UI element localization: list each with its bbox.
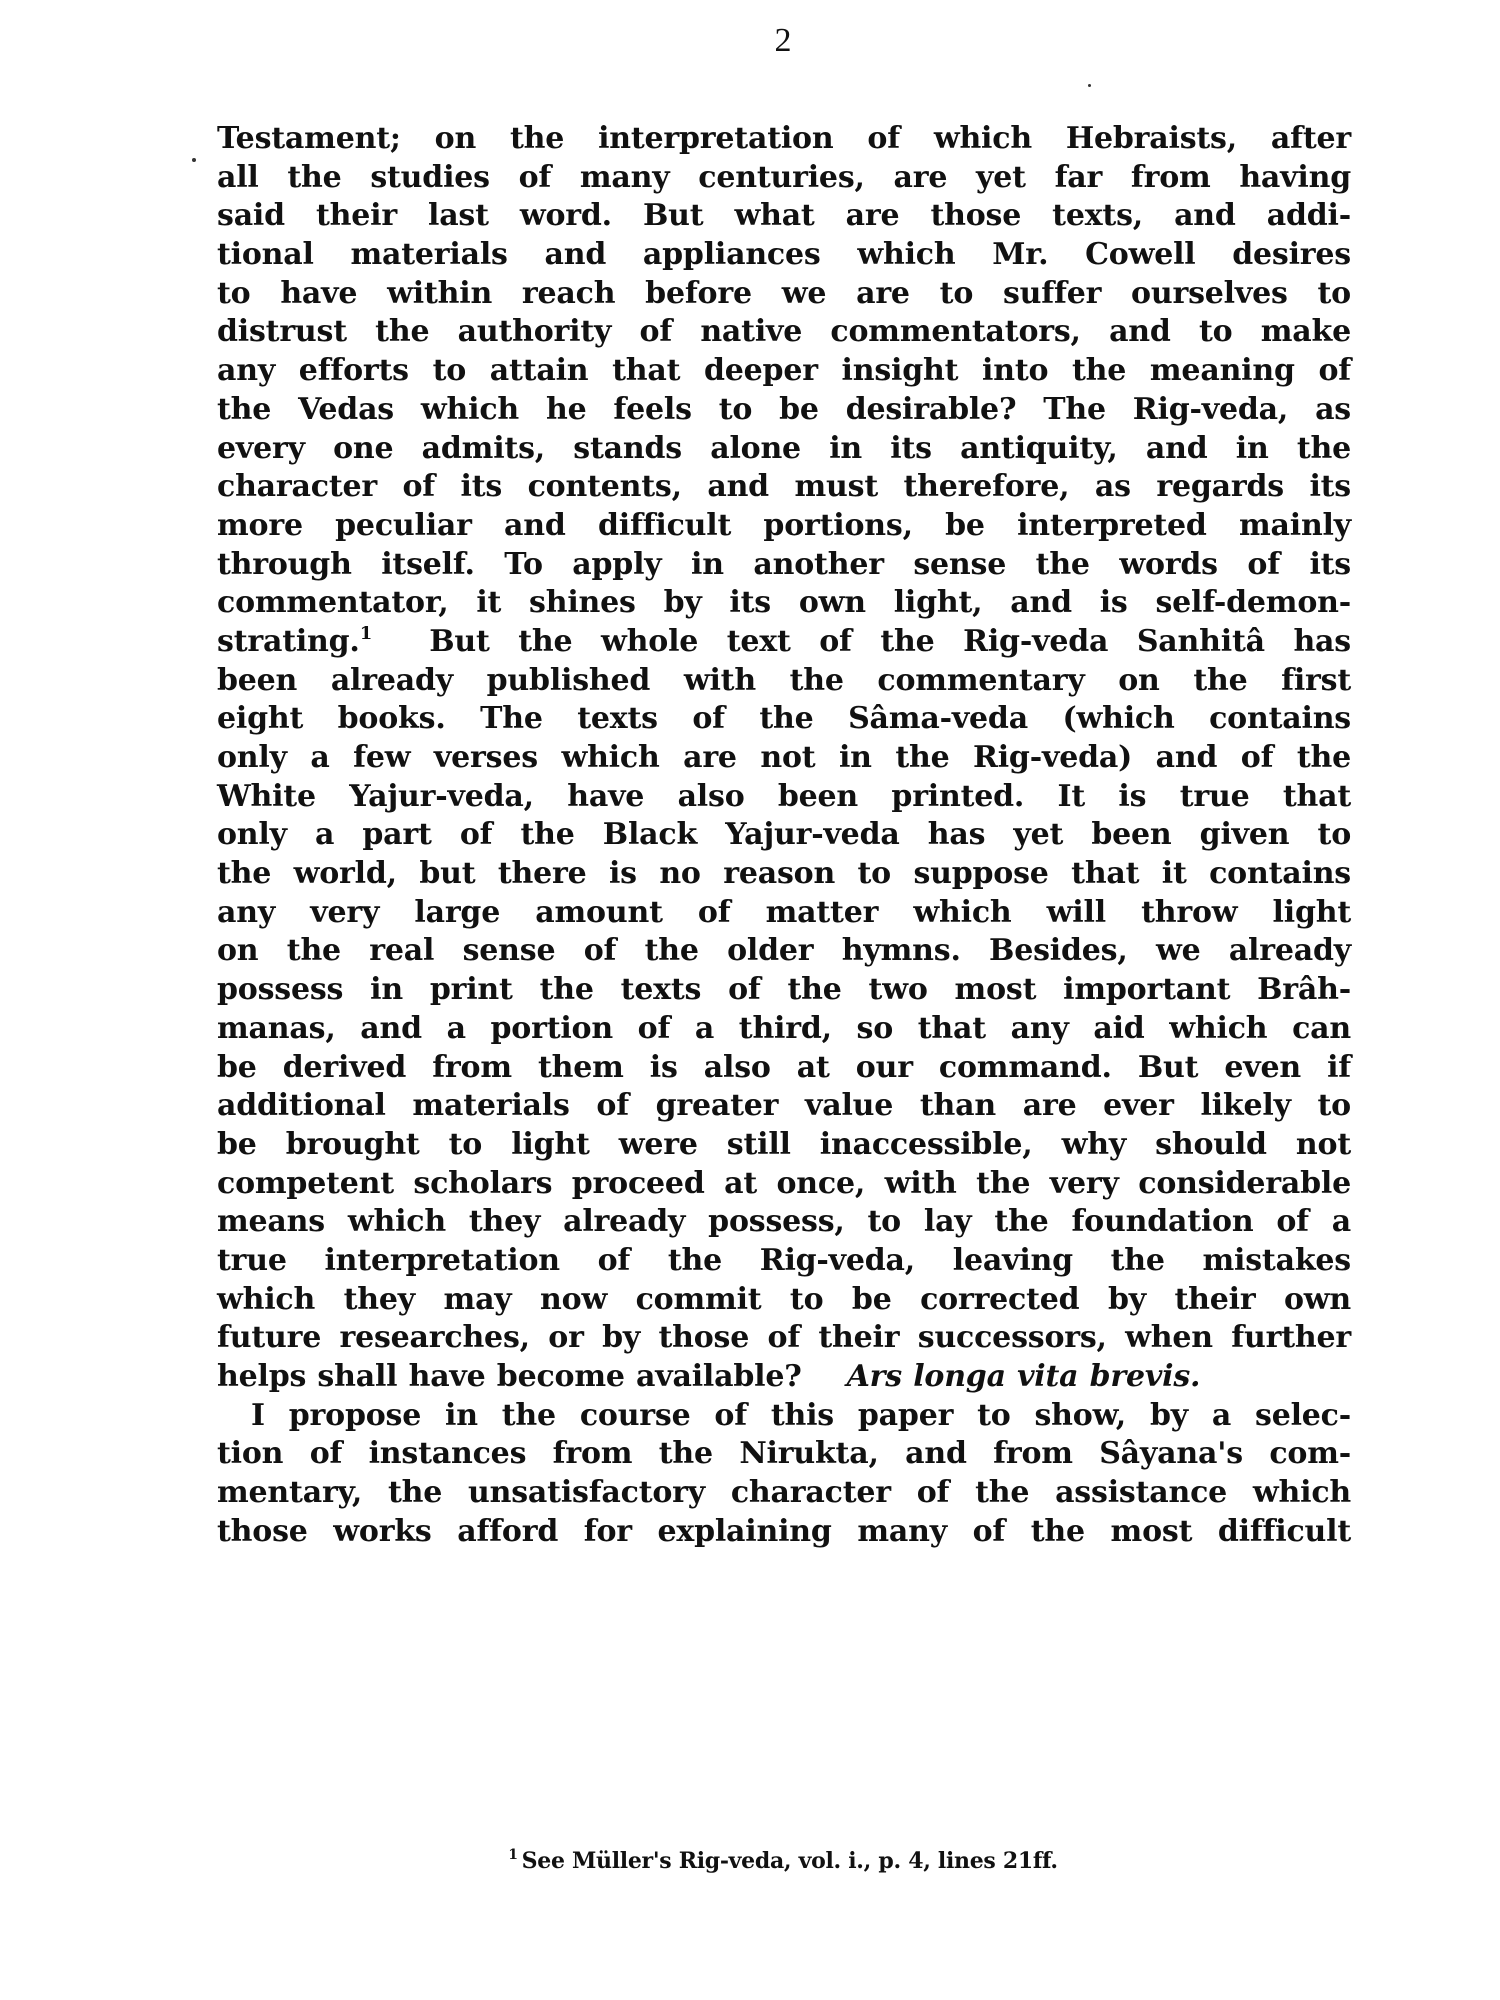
text-line: commentator, it shines by its own light,…: [217, 584, 1351, 623]
text-line: eight books. The texts of the Sâma-veda …: [217, 700, 1351, 739]
margin-dot-mark: [192, 158, 196, 162]
text-line: distrust the authority of native comment…: [217, 313, 1351, 352]
text-line: manas, and a portion of a third, so that…: [217, 1010, 1351, 1049]
text-line-paragraph-end: helps shall have become available? Ars l…: [217, 1358, 1351, 1397]
text-line: be brought to light were still inaccessi…: [217, 1126, 1351, 1165]
text-line: competent scholars proceed at once, with…: [217, 1165, 1351, 1204]
latin-quotation: Ars longa vita brevis.: [847, 1359, 1201, 1394]
text-line: every one admits, stands alone in its an…: [217, 430, 1351, 469]
text-line: Testament; on the interpretation of whic…: [217, 120, 1351, 159]
text-fragment: strating.: [217, 624, 360, 659]
text-line: any efforts to attain that deeper insigh…: [217, 352, 1351, 391]
text-line: mentary, the unsatisfactory character of…: [217, 1474, 1351, 1513]
text-line-with-footnote: strating.1 But the whole text of the Rig…: [217, 623, 1351, 662]
text-line: those works afford for explaining many o…: [217, 1513, 1351, 1552]
text-fragment: But the whole text of the Rig-veda Sanhi…: [372, 624, 1351, 659]
text-fragment: helps shall have become available?: [217, 1359, 802, 1394]
body-text: Testament; on the interpretation of whic…: [217, 120, 1351, 1551]
text-line: additional materials of greater value th…: [217, 1087, 1351, 1126]
text-line: means which they already possess, to lay…: [217, 1203, 1351, 1242]
page-number: 2: [0, 22, 1500, 60]
footnote-reference[interactable]: 1: [360, 623, 372, 644]
text-line: White Yajur-veda, have also been printed…: [217, 778, 1351, 817]
text-line: the world, but there is no reason to sup…: [217, 855, 1351, 894]
footnote-marker: 1: [508, 1847, 517, 1863]
text-line: to have within reach before we are to su…: [217, 275, 1351, 314]
text-line: all the studies of many centuries, are y…: [217, 159, 1351, 198]
text-line: future researches, or by those of their …: [217, 1319, 1351, 1358]
text-line: more peculiar and difficult portions, be…: [217, 507, 1351, 546]
footnote: 1See Müller's Rig-veda, vol. i., p. 4, l…: [0, 1848, 1500, 1874]
text-line: be derived from them is also at our comm…: [217, 1049, 1351, 1088]
text-line: tional materials and appliances which Mr…: [217, 236, 1351, 275]
text-line: true interpretation of the Rig-veda, lea…: [217, 1242, 1351, 1281]
text-line: said their last word. But what are those…: [217, 197, 1351, 236]
paragraph-start-line: I propose in the course of this paper to…: [217, 1397, 1351, 1436]
footnote-text: See Müller's Rig-veda, vol. i., p. 4, li…: [522, 1848, 1058, 1874]
text-line: on the real sense of the older hymns. Be…: [217, 932, 1351, 971]
text-line: possess in print the texts of the two mo…: [217, 971, 1351, 1010]
text-line: character of its contents, and must ther…: [217, 468, 1351, 507]
text-line: the Vedas which he feels to be desirable…: [217, 391, 1351, 430]
text-line: through itself. To apply in another sens…: [217, 546, 1351, 585]
text-line: which they may now commit to be correcte…: [217, 1281, 1351, 1320]
text-line: been already published with the commenta…: [217, 662, 1351, 701]
text-line: only a part of the Black Yajur-veda has …: [217, 816, 1351, 855]
margin-dot-mark: [1088, 84, 1091, 87]
text-line: only a few verses which are not in the R…: [217, 739, 1351, 778]
text-line: any very large amount of matter which wi…: [217, 894, 1351, 933]
text-line: tion of instances from the Nirukta, and …: [217, 1435, 1351, 1474]
